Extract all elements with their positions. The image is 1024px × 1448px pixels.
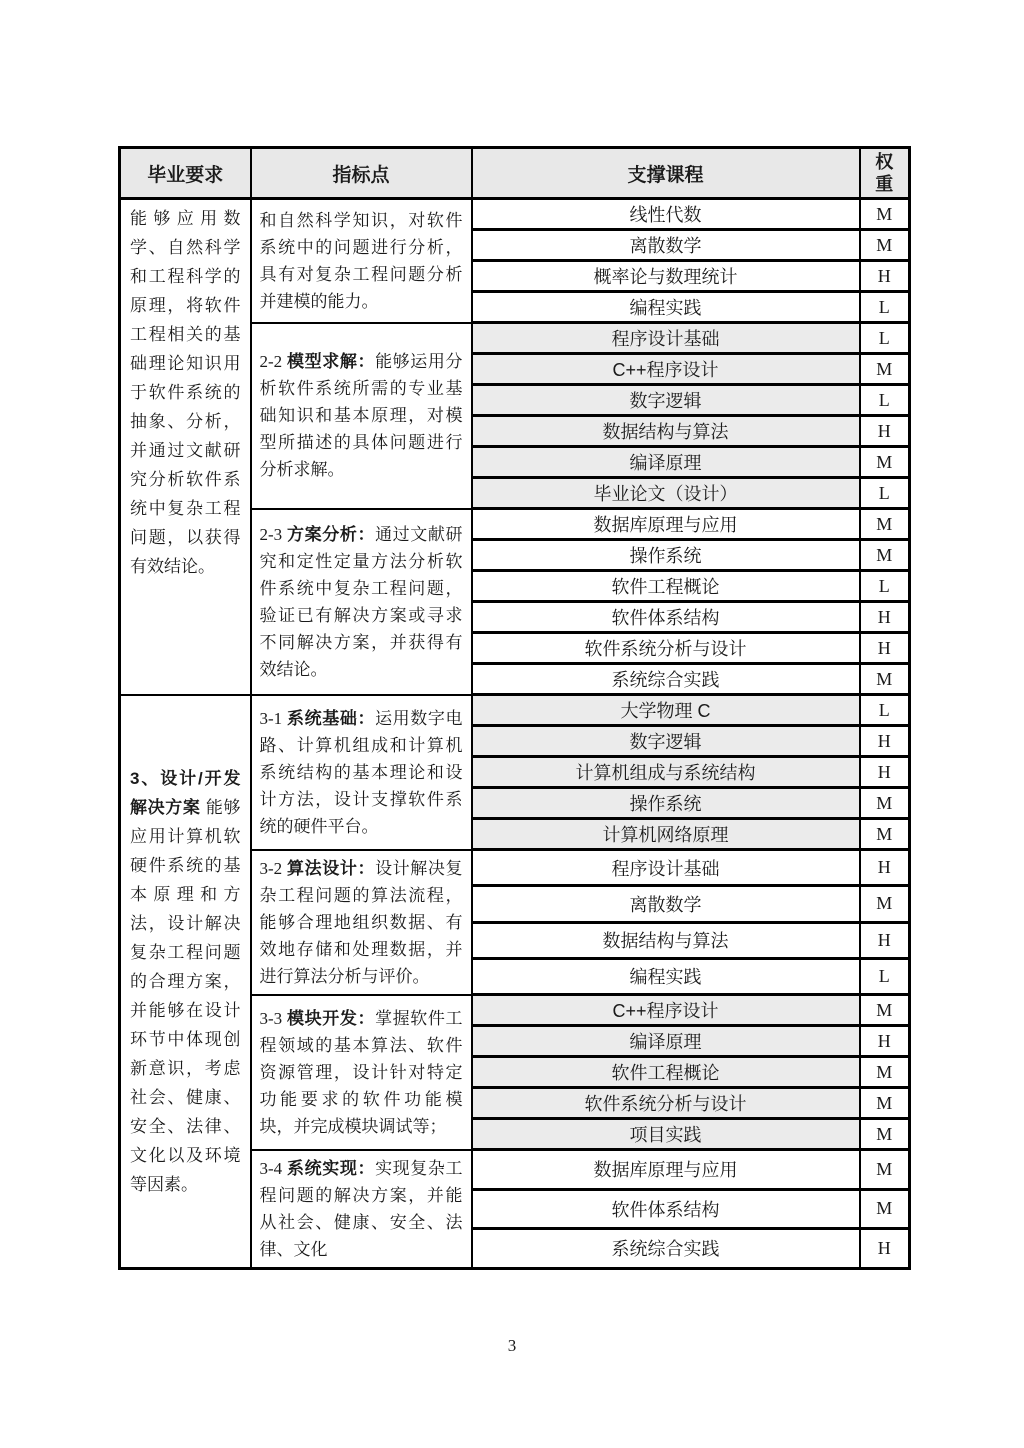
weight-value-cell: M [860, 230, 910, 261]
course-name-cell: 编译原理 [472, 447, 860, 478]
weight-value-cell: H [860, 1229, 910, 1269]
indicator-bold-title: 算法设计： [287, 859, 375, 878]
page-number: 3 [0, 1336, 1024, 1356]
course-name-cell: 离散数学 [472, 886, 860, 922]
header-weight: 权重 [860, 148, 910, 199]
weight-value-cell: M [860, 354, 910, 385]
weight-value-cell: L [860, 571, 910, 602]
course-name-cell: 操作系统 [472, 540, 860, 571]
course-name-cell: 项目实践 [472, 1119, 860, 1150]
header-indicator-point: 指标点 [251, 148, 472, 199]
course-name-cell: 数据库原理与应用 [472, 509, 860, 540]
indicator-bold-title: 系统实现： [287, 1159, 375, 1178]
weight-value-cell: M [860, 447, 910, 478]
requirement-bold-title: 3、设计/开发解决方案 [130, 769, 241, 817]
course-name-cell: 数据结构与算法 [472, 922, 860, 958]
weight-value-cell: M [860, 788, 910, 819]
course-name-cell: 毕业论文（设计） [472, 478, 860, 509]
weight-value-cell: H [860, 602, 910, 633]
course-name-cell: 线性代数 [472, 199, 860, 230]
course-name-cell: 计算机网络原理 [472, 819, 860, 850]
weight-value-cell: M [860, 1150, 910, 1190]
weight-value-cell: H [860, 261, 910, 292]
course-name-cell: 大学物理 C [472, 695, 860, 726]
weight-value-cell: L [860, 385, 910, 416]
weight-value-cell: H [860, 416, 910, 447]
course-name-cell: 离散数学 [472, 230, 860, 261]
header-weight-line2: 重 [875, 174, 893, 194]
document-page: 毕业要求 指标点 支撑课程 权重 能够应用数学、自然科学和工程科学的原理，将软件… [0, 0, 1024, 1448]
course-name-cell: 数据库原理与应用 [472, 1150, 860, 1190]
course-name-cell: 软件系统分析与设计 [472, 633, 860, 664]
weight-value-cell: M [860, 995, 910, 1026]
course-support-matrix-table: 毕业要求 指标点 支撑课程 权重 能够应用数学、自然科学和工程科学的原理，将软件… [118, 146, 911, 1270]
weight-value-cell: M [860, 664, 910, 695]
course-name-cell: 数字逻辑 [472, 726, 860, 757]
weight-value-cell: L [860, 292, 910, 323]
weight-value-cell: M [860, 1189, 910, 1229]
indicator-point-cell: 3-3 模块开发：掌握软件工程领域的基本算法、软件资源管理，设计针对特定功能要求… [251, 995, 472, 1150]
table-row: 3、设计/开发解决方案 能够应用计算机软硬件系统的基本原理和方法，设计解决复杂工… [120, 695, 910, 726]
weight-value-cell: L [860, 958, 910, 994]
weight-value-cell: L [860, 323, 910, 354]
indicator-point-cell: 3-4 系统实现：实现复杂工程问题的解决方案，并能从社会、健康、安全、法律、文化 [251, 1150, 472, 1269]
header-graduation-requirement: 毕业要求 [120, 148, 251, 199]
weight-value-cell: M [860, 1088, 910, 1119]
indicator-bold-title: 模块开发： [287, 1009, 375, 1028]
course-name-cell: 概率论与数理统计 [472, 261, 860, 292]
graduation-requirement-cell: 3、设计/开发解决方案 能够应用计算机软硬件系统的基本原理和方法，设计解决复杂工… [120, 695, 251, 1269]
course-name-cell: 计算机组成与系统结构 [472, 757, 860, 788]
weight-value-cell: M [860, 819, 910, 850]
table-row: 能够应用数学、自然科学和工程科学的原理，将软件工程相关的基础理论知识用于软件系统… [120, 199, 910, 230]
indicator-number: 3-4 [260, 1159, 288, 1178]
course-name-cell: 编程实践 [472, 292, 860, 323]
course-name-cell: 编译原理 [472, 1026, 860, 1057]
indicator-number: 3-3 [260, 1009, 288, 1028]
course-name-cell: 系统综合实践 [472, 664, 860, 695]
header-supporting-course: 支撑课程 [472, 148, 860, 199]
indicator-point-cell: 2-3 方案分析：通过文献研究和定性定量方法分析软件系统中复杂工程问题，验证已有… [251, 509, 472, 695]
weight-value-cell: H [860, 922, 910, 958]
table-header-row: 毕业要求 指标点 支撑课程 权重 [120, 148, 910, 199]
indicator-point-cell: 3-1 系统基础：运用数字电路、计算机组成和计算机系统结构的基本理论和设计方法，… [251, 695, 472, 850]
course-name-cell: C++程序设计 [472, 354, 860, 385]
table-body: 能够应用数学、自然科学和工程科学的原理，将软件工程相关的基础理论知识用于软件系统… [120, 199, 910, 1269]
indicator-number: 3-2 [260, 859, 288, 878]
indicator-bold-title: 模型求解： [287, 352, 375, 371]
weight-value-cell: H [860, 1026, 910, 1057]
course-name-cell: 程序设计基础 [472, 850, 860, 886]
course-name-cell: 数据结构与算法 [472, 416, 860, 447]
indicator-number: 3-1 [260, 709, 288, 728]
weight-value-cell: H [860, 757, 910, 788]
course-name-cell: 软件体系结构 [472, 602, 860, 633]
course-name-cell: C++程序设计 [472, 995, 860, 1026]
weight-value-cell: M [860, 886, 910, 922]
indicator-point-cell: 2-2 模型求解：能够运用分析软件系统所需的专业基础知识和基本原理，对模型所描述… [251, 323, 472, 509]
weight-value-cell: M [860, 509, 910, 540]
course-name-cell: 数字逻辑 [472, 385, 860, 416]
header-weight-line1: 权 [875, 152, 893, 172]
weight-value-cell: L [860, 478, 910, 509]
indicator-point-cell: 和自然科学知识，对软件系统中的问题进行分析，具有对复杂工程问题分析并建模的能力。 [251, 199, 472, 323]
weight-value-cell: M [860, 199, 910, 230]
indicator-bold-title: 方案分析： [287, 525, 375, 544]
course-name-cell: 软件体系结构 [472, 1189, 860, 1229]
graduation-requirement-cell: 能够应用数学、自然科学和工程科学的原理，将软件工程相关的基础理论知识用于软件系统… [120, 199, 251, 695]
indicator-number: 2-3 [260, 525, 288, 544]
weight-value-cell: M [860, 1119, 910, 1150]
weight-value-cell: H [860, 726, 910, 757]
course-name-cell: 软件工程概论 [472, 571, 860, 602]
weight-value-cell: H [860, 633, 910, 664]
course-name-cell: 程序设计基础 [472, 323, 860, 354]
course-name-cell: 软件系统分析与设计 [472, 1088, 860, 1119]
course-name-cell: 系统综合实践 [472, 1229, 860, 1269]
indicator-bold-title: 系统基础： [287, 709, 375, 728]
weight-value-cell: M [860, 1057, 910, 1088]
weight-value-cell: H [860, 850, 910, 886]
course-name-cell: 编程实践 [472, 958, 860, 994]
weight-value-cell: L [860, 695, 910, 726]
indicator-point-cell: 3-2 算法设计：设计解决复杂工程问题的算法流程，能够合理地组织数据、有效地存储… [251, 850, 472, 995]
indicator-number: 2-2 [260, 352, 288, 371]
course-name-cell: 操作系统 [472, 788, 860, 819]
course-name-cell: 软件工程概论 [472, 1057, 860, 1088]
weight-value-cell: M [860, 540, 910, 571]
